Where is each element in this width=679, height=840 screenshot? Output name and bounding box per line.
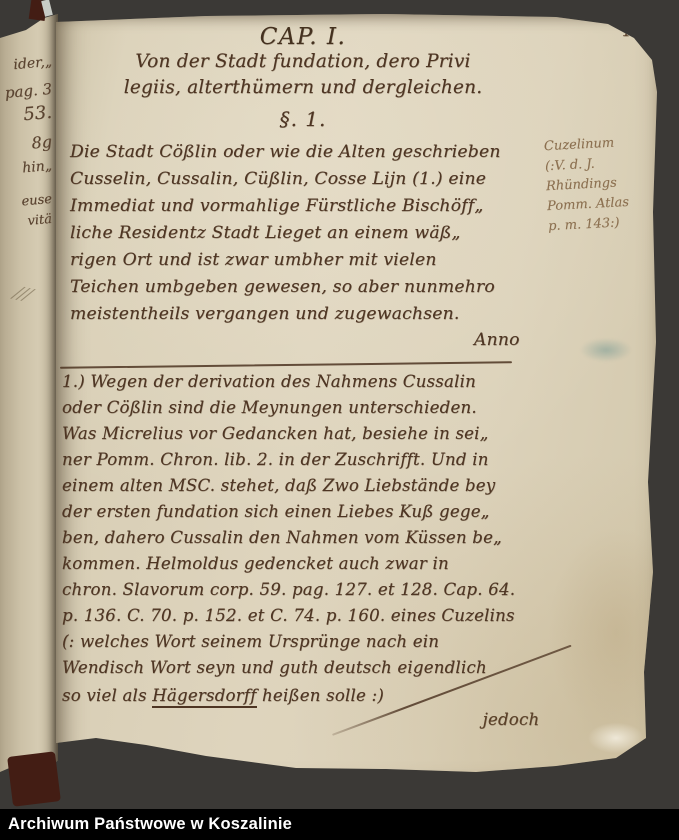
pencil-marks: ⁄⁄⁄: [14, 283, 34, 308]
folio-number: 1.: [622, 22, 637, 40]
edge-fragment: 53.: [0, 102, 55, 128]
footnote-line: der ersten fundation sich einen Liebes K…: [62, 502, 572, 521]
manuscript-page: 1. CAP. I. Von der Stadt fundation, dero…: [56, 12, 662, 788]
footnote-last-line: so viel als Hägersdorff heißen solle :): [62, 686, 572, 705]
body-line: meistentheils vergangen und zugewachsen.: [70, 304, 556, 324]
body-line: Cusselin, Cussalin, Cüßlin, Cosse Lijn (…: [70, 169, 556, 189]
chapter-title-line: legiis, alterthümern und dergleichen.: [56, 77, 550, 98]
archive-watermark-label: Archiwum Państwowe w Koszalinie: [0, 815, 292, 834]
margin-note-line: (:V. d. J. Rhündings: [545, 151, 669, 197]
footnote-line: kommen. Helmoldus gedencket auch zwar in: [62, 554, 572, 573]
section-mark: §. 1.: [56, 107, 550, 131]
margin-note: Cuzelinum (:V. d. J. Rhündings Pomm. Atl…: [543, 131, 670, 237]
footnote-line: ner Pomm. Chron. lib. 2. in der Zuschrif…: [62, 450, 572, 469]
body-line: Immediat und vormahlige Fürstliche Bisch…: [70, 196, 556, 216]
divider-rule: [60, 361, 512, 369]
body-line: Die Stadt Cößlin oder wie die Alten gesc…: [70, 142, 556, 162]
catchword: jedoch: [436, 710, 586, 729]
body-line: rigen Ort und ist zwar umbher mit vielen: [70, 250, 556, 270]
footnote-line: chron. Slavorum corp. 59. pag. 127. et 1…: [62, 580, 572, 599]
edge-fragment: euse: [0, 192, 55, 212]
footnote-line: oder Cößlin sind die Meynungen unterschi…: [62, 398, 572, 417]
archive-watermark-bar: Archiwum Państwowe w Koszalinie: [0, 809, 679, 840]
footnote-line: einem alten MSC. stehet, daß Zwo Liebstä…: [62, 476, 572, 495]
chapter-title-line: Von der Stadt fundation, dero Privi: [56, 51, 550, 72]
edge-fragment: 8g: [0, 132, 55, 156]
edge-fragment: pag. 3: [0, 80, 55, 103]
edge-fragment: hin„: [0, 158, 55, 179]
chapter-heading: CAP. I.: [56, 24, 550, 50]
footnote-text: heißen solle :): [257, 686, 384, 705]
footnote-line: 1.) Wegen der derivation des Nahmens Cus…: [62, 372, 572, 391]
body-line: Teichen umbgeben gewesen, so aber nunmeh…: [70, 277, 556, 297]
binding-strip-bottom: [7, 751, 61, 806]
manuscript-scan: ider,„ pag. 3 53. 8g hin„ euse vitä ⁄⁄⁄ …: [0, 0, 679, 840]
footnote-line: (: welches Wort seinem Ursprünge nach ei…: [62, 632, 572, 651]
ink-stain: [580, 338, 632, 362]
edge-fragment: ider,„: [0, 54, 55, 75]
edge-fragment: vitä: [0, 212, 55, 232]
footnote-line: Was Micrelius vor Gedancken hat, besiehe…: [62, 424, 572, 443]
previous-page-edge: ider,„ pag. 3 53. 8g hin„ euse vitä ⁄⁄⁄: [0, 0, 58, 786]
underlined-place-name: Hägersdorff: [152, 686, 256, 708]
anno-catchword: Anno: [474, 330, 554, 350]
footnote-line: ben, dahero Cussalin den Nahmen vom Küss…: [62, 528, 572, 547]
footnote-text: so viel als: [62, 686, 152, 705]
footnote-line: p. 136. C. 70. p. 152. et C. 74. p. 160.…: [62, 606, 572, 625]
body-line: liche Residentz Stadt Lieget an einem wä…: [70, 223, 556, 243]
